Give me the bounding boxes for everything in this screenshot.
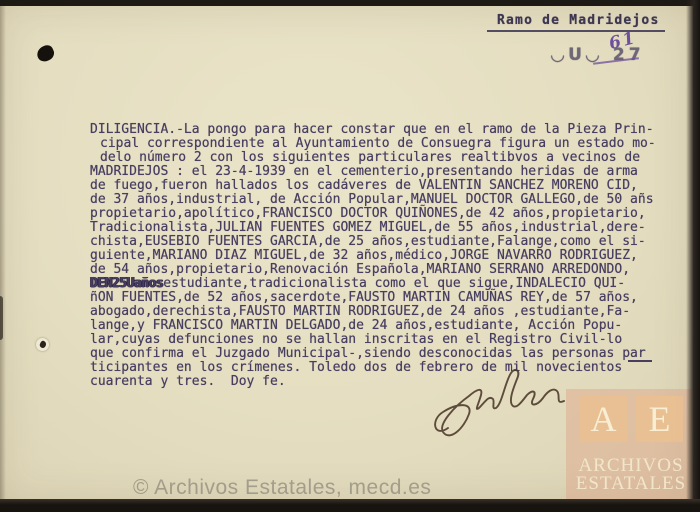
typed-line: MADRIDEJOS : el 23-4-1939 en el cementer…: [90, 165, 675, 179]
logo-wordmark: ARCHIVOSESTATALES: [566, 457, 696, 493]
section-stamp-text: Ramo de Madridejos: [497, 13, 659, 29]
typed-line: de fuego,fueron hallados los cadáveres d…: [90, 179, 675, 193]
typed-line: chista,EUSEBIO FUENTES GARCIA,de 25 años…: [90, 235, 675, 249]
paper-edge-nick: [0, 296, 3, 340]
scanned-document: Ramo de Madridejos ◡U◡ 27 61 DILIGENCIA.…: [0, 0, 700, 512]
typed-line: delo número 2 con los siguientes particu…: [90, 151, 675, 165]
archivos-estatales-logo: A E ARCHIVOSESTATALES: [566, 389, 696, 501]
typed-line: ticipantes en los crímenes. Toledo dos d…: [90, 361, 675, 375]
typed-line: DILIGENCIA.-La pongo para hacer constar …: [90, 123, 675, 137]
paper-left-edge-shadow: [0, 5, 6, 502]
typed-line: propietario,apolítico,FRANCISCO DOCTOR Q…: [90, 207, 675, 221]
copyright-watermark: © Archivos Estatales, mecd.es: [133, 476, 431, 500]
typed-line-overstruck: DEN25Uañosestudiante,tradicionalista com…: [90, 277, 675, 291]
typed-line: guiente,MARIANO DIAZ MIGUEL,de 32 años,m…: [90, 249, 675, 263]
typewritten-body: DILIGENCIA.-La pongo para hacer constar …: [90, 123, 675, 389]
typed-line-rest: estudiante,tradicionalista como el que s…: [163, 276, 625, 291]
typed-line: Tradicionalista,JULIAN FUENTES GOMEZ MIG…: [90, 221, 675, 235]
typed-line: de 54 años,propietario,Renovación Españo…: [90, 263, 675, 277]
typed-line: abogado,derechista,FAUSTO MARTIN RODRIGU…: [90, 305, 675, 319]
signature-ink: [428, 362, 583, 440]
logo-word-estatales: ESTATALES: [576, 473, 686, 494]
overstruck-text: DEN25Uaños: [90, 276, 163, 291]
section-stamp-underline: [487, 30, 665, 32]
scan-edge-top: [0, 0, 700, 6]
typed-line: cipal correspondiente al Ayuntamiento de…: [90, 137, 675, 151]
hyphenation-underline: [628, 360, 652, 362]
logo-letter-a: A: [580, 396, 627, 442]
scan-edge-right: [686, 0, 700, 512]
logo-letter-e: E: [636, 396, 683, 442]
typed-line: cuarenta y tres. Doy fe.: [90, 375, 675, 389]
scan-edge-bottom: [0, 499, 700, 512]
typed-line: lar,cuyas defunciones no se hallan inscr…: [90, 333, 675, 347]
logo-letter-squares: A E: [580, 396, 684, 442]
typed-line: ñON FUENTES,de 52 años,sacerdote,FAUSTO …: [90, 291, 675, 305]
typed-line: que confirma el Juzgado Municipal-,siend…: [90, 347, 675, 361]
typed-line: de 37 años,industrial, de Acción Popular…: [90, 193, 675, 207]
typed-line: lange,y FRANCISCO MARTIN DELGADO,de 24 a…: [90, 319, 675, 333]
